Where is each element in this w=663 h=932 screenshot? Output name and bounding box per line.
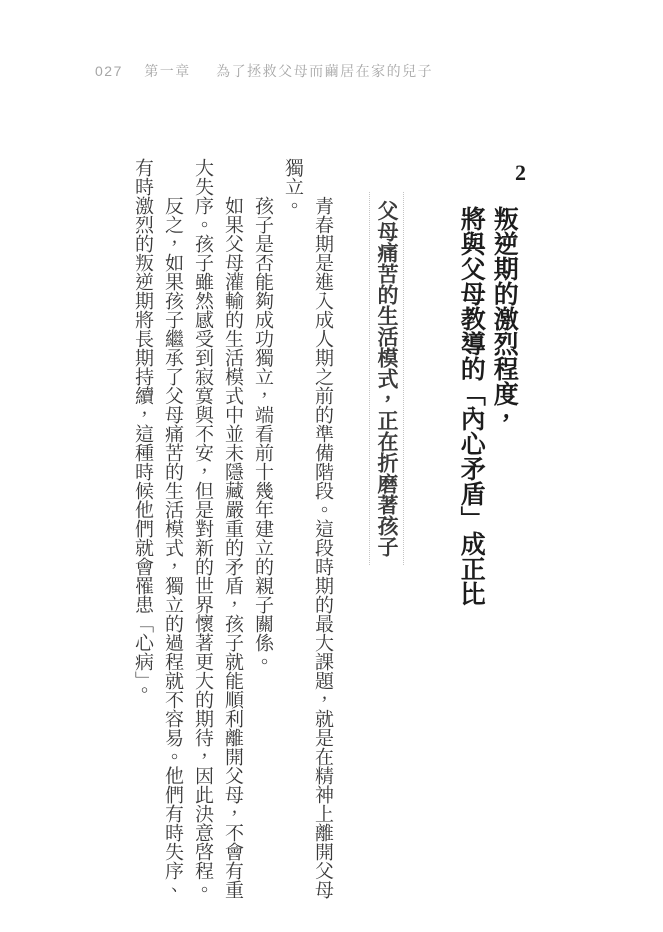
paragraph: 如果父母灌輸的生活模式中並未隱藏嚴重的矛盾，孩子就能順利離開父母，不會有重大失序…: [187, 158, 247, 899]
section-number: 2: [504, 160, 537, 186]
paragraph: 反之，如果孩子繼承了父母痛苦的生活模式，獨立的過程就不容易。他們有時失序、有時激…: [127, 158, 187, 899]
paragraph: 孩子是否能夠成功獨立，端看前十幾年建立的親子關係。: [247, 158, 277, 899]
chapter-title: 為了拯救父母而繭居在家的兒子: [216, 63, 433, 79]
section-title-line-1: 叛逆期的激烈程度，: [487, 206, 520, 606]
running-head: 027 第一章 為了拯救父母而繭居在家的兒子: [95, 61, 433, 81]
book-page: 027 第一章 為了拯救父母而繭居在家的兒子 2 叛逆期的激烈程度， 將與父母教…: [0, 0, 663, 932]
paragraph: 青春期是進入成人期之前的準備階段。這段時期的最大課題，就是在精神上離開父母獨立。: [277, 158, 337, 899]
body-text: 青春期是進入成人期之前的準備階段。這段時期的最大課題，就是在精神上離開父母獨立。…: [127, 158, 337, 899]
chapter-label: 第一章: [144, 63, 191, 79]
section-title-line-2: 將與父母教導的「內心矛盾」成正比: [454, 206, 487, 606]
page-number: 027: [95, 63, 123, 79]
section-title: 叛逆期的激烈程度， 將與父母教導的「內心矛盾」成正比: [454, 206, 520, 606]
section-subheading: 父母痛苦的生活模式，正在折磨著孩子: [369, 192, 404, 565]
